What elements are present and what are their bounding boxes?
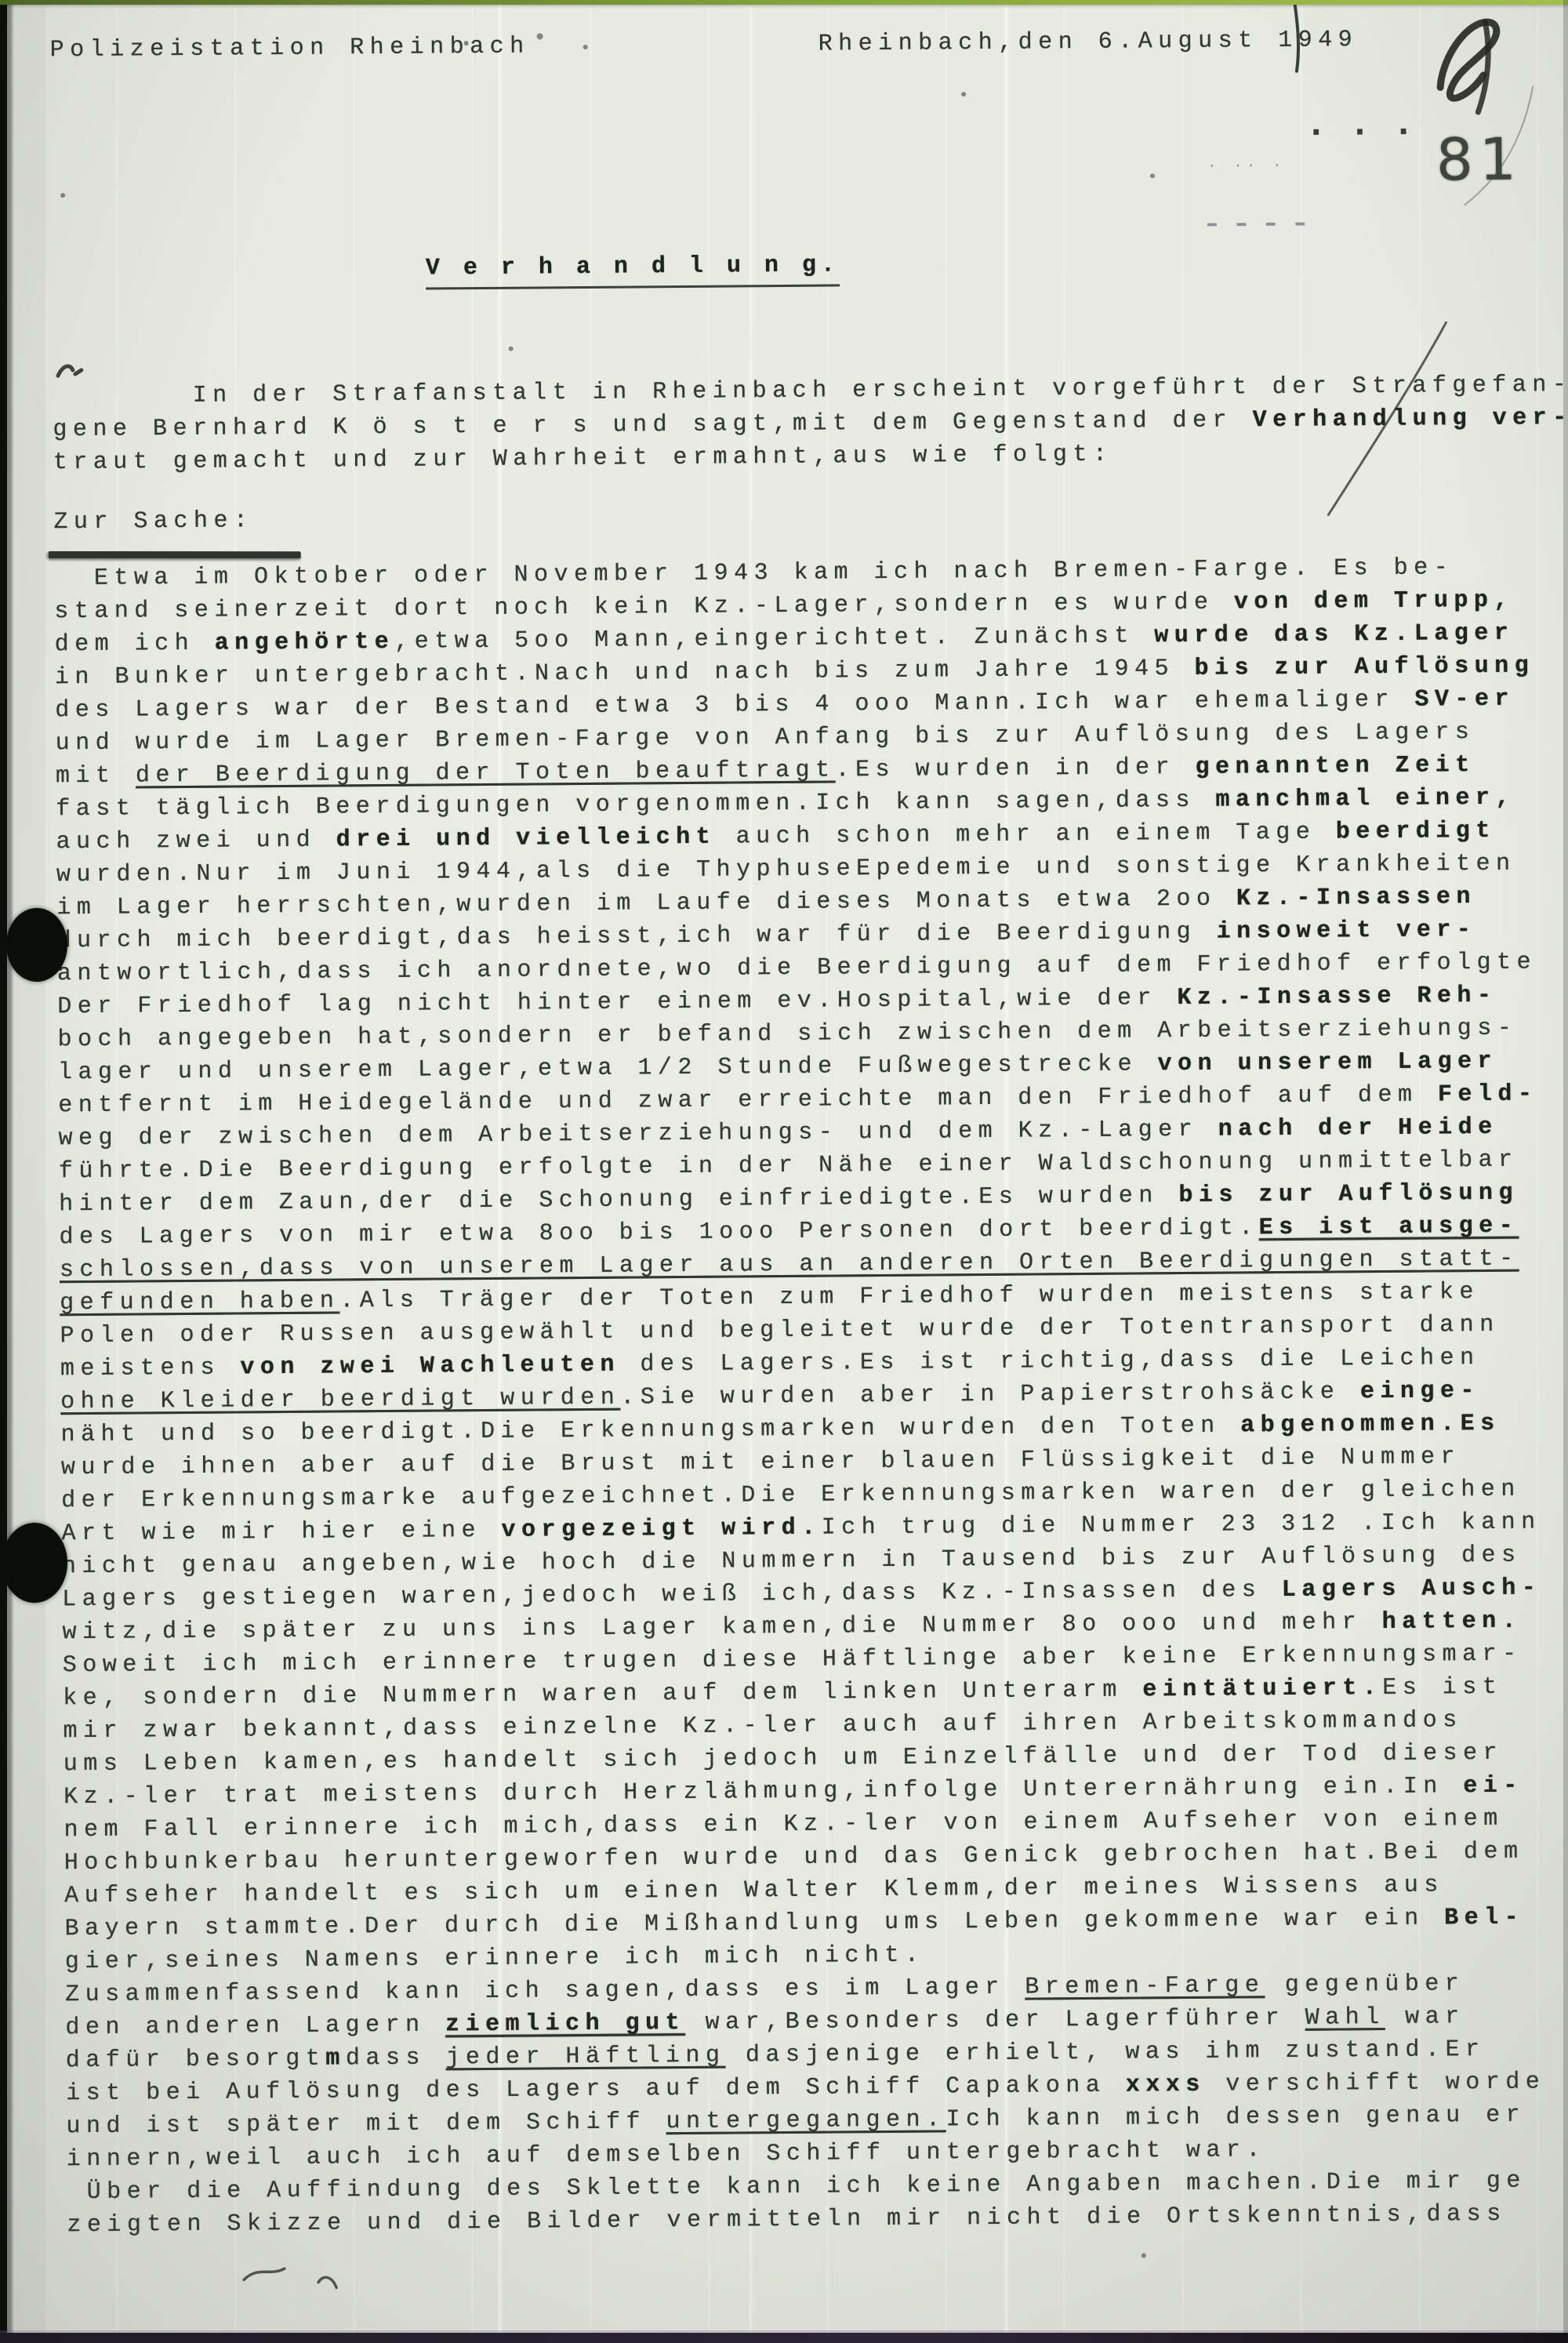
text-segment: gier,seines Namens erinnere ich mich nic… <box>65 1942 925 1976</box>
text-segment: Art wie mir hier eine <box>61 1517 501 1547</box>
text-segment: ke, sondern die Nummern waren auf dem li… <box>63 1676 1142 1712</box>
bottom-pen-mark-1 <box>244 2269 285 2279</box>
text-segment: von dem Trupp, <box>1234 587 1514 616</box>
hole-punch-bottom <box>2 1523 67 1603</box>
text-segment: beerdigt <box>1336 818 1496 846</box>
text-segment: meistens <box>60 1354 241 1382</box>
ink-dots: · · · <box>1310 114 1420 150</box>
text-segment: Es ist ausge- <box>1259 1213 1519 1242</box>
page-number-stamp: 81 <box>1436 126 1523 194</box>
section-label: Zur Sache: <box>53 507 253 536</box>
text-segment: zeigten Skizze und die Bilder vermitteln… <box>67 2201 1506 2239</box>
text-segment: Der Friedhof lag nicht hinter einem ev.H… <box>57 985 1177 1020</box>
title-block: V e r h a n d l u n g. <box>426 252 840 282</box>
text-segment: bis zur Auflösung <box>1178 1180 1519 1209</box>
handwritten-paraph-tail <box>1477 23 1488 112</box>
text-segment: mit <box>56 762 136 790</box>
text-segment: Ich kann mich dessen genau er <box>946 2102 1526 2134</box>
text-segment: untergegangen. <box>666 2106 946 2135</box>
text-segment: Lagers Ausch- <box>1282 1575 1542 1604</box>
text-segment: xxxs <box>1126 2072 1206 2099</box>
text-segment: Es ist <box>1382 1674 1502 1702</box>
bottom-pen-mark-2 <box>318 2277 336 2288</box>
text-segment: Feld- <box>1438 1081 1538 1108</box>
text-segment: gefunden haben <box>60 1288 339 1317</box>
hole-punch-top <box>6 908 67 982</box>
text-segment: in Bunker untergebracht.Nach und nach bi… <box>55 656 1195 691</box>
text-segment: .Als Träger der Toten zum Friedhof wurde… <box>339 1279 1479 1314</box>
text-segment: Kz.-Insassen <box>1236 884 1476 912</box>
header-date: Rheinbach,den 6.August 1949 <box>818 27 1359 57</box>
text-segment: drei und vielleicht <box>336 824 717 854</box>
text-segment: dasjenige erhielt, was ihm zustand.Er <box>725 2036 1485 2069</box>
text-segment: .Sie wurden aber in Papierstrohsäcke <box>620 1379 1360 1411</box>
text-segment: war,Besonders der Lagerführer <box>685 2005 1305 2036</box>
text-segment: dafür besorgt <box>66 2046 326 2075</box>
text-segment: genannten Zeit <box>1195 752 1475 781</box>
text-segment: dass <box>346 2044 446 2072</box>
text-segment: m <box>325 2045 346 2072</box>
handwritten-paraph <box>1439 22 1497 98</box>
scanned-document-page: Polizeistation Rheinbach Rheinbach,den 6… <box>0 0 1568 2343</box>
body-text: Etwa im Oktober oder November 1943 kam i… <box>54 550 1547 2242</box>
text-segment: hinter dem Zaun,der die Schonung einfrie… <box>59 1182 1178 1218</box>
text-segment: war <box>1385 2003 1465 2031</box>
text-segment: ei- <box>1463 1773 1523 1800</box>
text-segment: ist bei Auflösung des Lagers auf dem Sch… <box>66 2072 1126 2108</box>
text-segment: verschifft worde <box>1206 2069 1546 2098</box>
text-segment: bis zur Auflösung <box>1194 652 1534 681</box>
text-segment: Wahl <box>1305 2004 1385 2032</box>
text-segment: Verhandlung ver- <box>1253 405 1568 434</box>
dash-marks: – – – – <box>1206 209 1311 238</box>
text-segment: des Lagers.Es ist richtig,dass die Leich… <box>620 1345 1480 1379</box>
text-segment: Kz.-Insasse Reh- <box>1177 983 1497 1012</box>
text-segment: den anderen Lagern <box>65 2011 445 2041</box>
text-segment: dem ich <box>55 630 215 659</box>
text-segment: ohne Kleider beerdigt wurden <box>60 1385 620 1416</box>
text-segment: und ist später mit dem Schiff <box>66 2109 666 2140</box>
text-segment: ,etwa 5oo Mann,eingerichtet. Zunächst <box>394 623 1154 656</box>
text-segment: Ich trug die Nummer 23 312 .Ich kann <box>822 1509 1541 1541</box>
intro-pen-mark <box>58 366 82 376</box>
text-segment: Bremen-Farge <box>1025 1972 1265 2000</box>
section-label-block: Zur Sache: <box>53 507 253 536</box>
text-segment: ziemlich gut <box>445 2010 685 2038</box>
text-segment: SV-er <box>1414 686 1515 714</box>
text-segment: wurde das Kz.Lager <box>1154 620 1514 650</box>
text-segment: nach der Heide <box>1218 1114 1498 1143</box>
text-segment: der Beerdigung der Toten beauftragt <box>136 757 836 789</box>
text-segment: von zwei Wachleuten <box>240 1352 620 1382</box>
text-segment: abgenommen.Es <box>1240 1411 1501 1440</box>
ink-specks-row: · ·· · <box>1209 154 1287 177</box>
text-segment: eintätuiert. <box>1142 1675 1382 1703</box>
text-segment: .Es wurden in der <box>835 754 1195 784</box>
text-segment: insoweit ver- <box>1217 917 1477 946</box>
text-segment: vorgezeigt wird. <box>501 1515 821 1544</box>
text-segment: angehörte <box>215 629 395 657</box>
document-title: V e r h a n d l u n g. <box>426 252 840 289</box>
text-segment: jeder Häftling <box>445 2043 725 2072</box>
intro-paragraph: In der Strafanstalt in Rheinbach erschei… <box>53 369 1568 479</box>
text-segment: auch schon mehr an einem Tage <box>716 819 1336 850</box>
text-segment: Bel- <box>1444 1905 1524 1932</box>
header-left: Polizeistation Rheinbach <box>50 34 530 64</box>
text-segment: von unserem Lager <box>1157 1048 1497 1077</box>
text-segment: einge- <box>1360 1378 1480 1405</box>
text-segment: manchmal einer, <box>1215 785 1515 814</box>
text-segment: lager und unserem Lager,etwa 1/2 Stunde … <box>58 1051 1158 1086</box>
text-segment: auch zwei und <box>56 826 336 855</box>
section-underline <box>49 551 301 558</box>
text-segment: Zusammenfassend kann ich sagen,dass es i… <box>65 1974 1025 2009</box>
document-content: Polizeistation Rheinbach Rheinbach,den 6… <box>0 0 1568 2343</box>
text-segment: hatten. <box>1382 1608 1523 1636</box>
text-segment: gegenüber <box>1265 1971 1465 1999</box>
text-segment: traut gemacht und zur Wahrheit ermahnt,a… <box>53 441 1113 477</box>
